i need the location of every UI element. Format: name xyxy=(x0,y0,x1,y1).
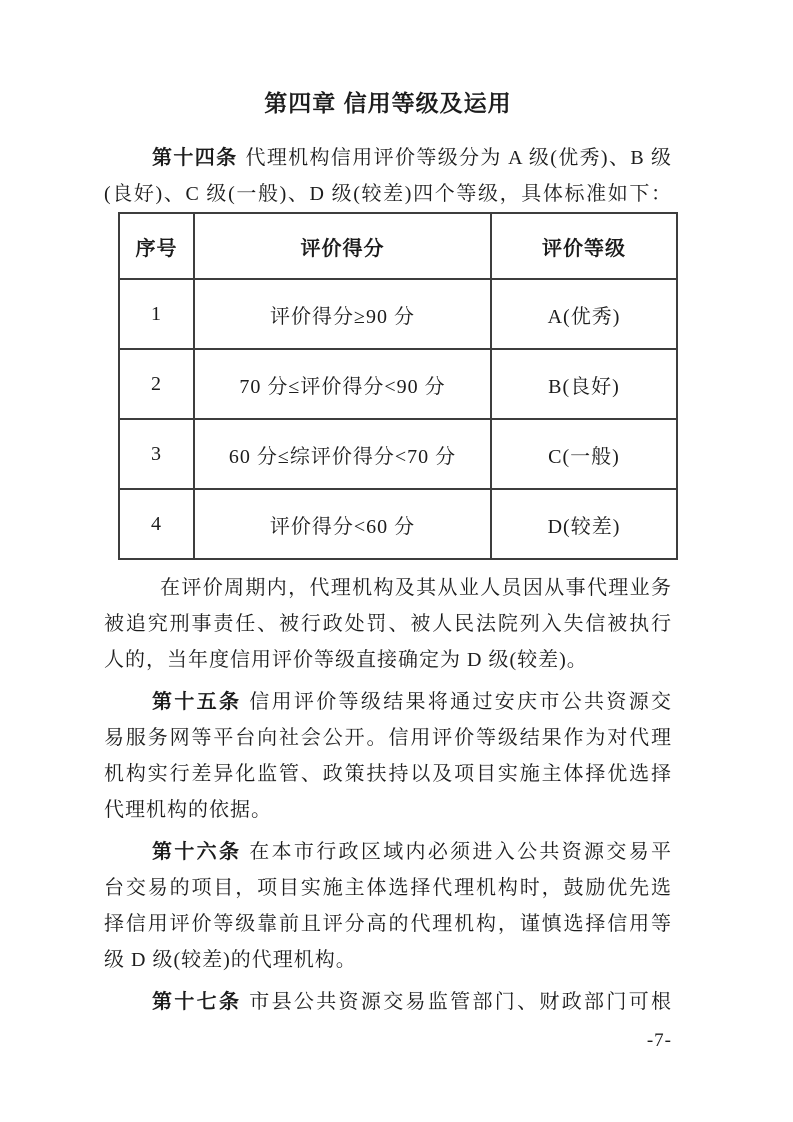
paragraph-line: 代理机构的依据。 xyxy=(104,792,672,828)
table-row: 4 评价得分<60 分 D(较差) xyxy=(119,489,677,559)
paragraph-article-17: 第十七条市县公共资源交易监管部门、财政部门可根 xyxy=(104,984,672,1020)
paragraph-text: 在本市行政区域内必须进入公共资源交易平 xyxy=(249,841,672,863)
header-cell-score: 评价得分 xyxy=(194,213,491,279)
paragraph-line: 机构实行差异化监管、政策扶持以及项目实施主体择优选择 xyxy=(104,756,672,792)
table-row: 2 70 分≤评价得分<90 分 B(良好) xyxy=(119,349,677,419)
table-header-row: 序号 评价得分 评价等级 xyxy=(119,213,677,279)
paragraph-line: (良好)、C 级(一般)、D 级(较差)四个等级，具体标准如下： xyxy=(104,176,672,212)
cell-grade: B(良好) xyxy=(491,349,677,419)
paragraph-article-16: 第十六条在本市行政区域内必须进入公共资源交易平 台交易的项目，项目实施主体选择代… xyxy=(104,834,672,978)
page-number: -7- xyxy=(647,1030,672,1052)
paragraph-line: 在评价周期内，代理机构及其从业人员因从事代理业务 xyxy=(104,570,672,606)
paragraph-note: 在评价周期内，代理机构及其从业人员因从事代理业务 被追究刑事责任、被行政处罚、被… xyxy=(104,570,672,678)
table-row: 1 评价得分≥90 分 A(优秀) xyxy=(119,279,677,349)
document-page: 第四章 信用等级及运用 第十四条代理机构信用评价等级分为 A 级(优秀)、B 级… xyxy=(0,0,793,1122)
paragraph-text: 代理机构信用评价等级分为 A 级(优秀)、B 级 xyxy=(245,147,672,169)
paragraph-text: 市县公共资源交易监管部门、财政部门可根 xyxy=(249,991,672,1013)
article-number: 第十四条 xyxy=(152,147,237,169)
article-number: 第十五条 xyxy=(152,691,241,713)
paragraph-line: 第十六条在本市行政区域内必须进入公共资源交易平 xyxy=(104,834,672,870)
cell-no: 3 xyxy=(119,419,194,489)
cell-score: 评价得分<60 分 xyxy=(194,489,491,559)
paragraph-article-14: 第十四条代理机构信用评价等级分为 A 级(优秀)、B 级 (良好)、C 级(一般… xyxy=(104,140,672,212)
cell-score: 60 分≤综评价得分<70 分 xyxy=(194,419,491,489)
paragraph-line: 人的，当年度信用评价等级直接确定为 D 级(较差)。 xyxy=(104,642,672,678)
paragraph-line: 第十七条市县公共资源交易监管部门、财政部门可根 xyxy=(104,984,672,1020)
paragraph-line: 第十四条代理机构信用评价等级分为 A 级(优秀)、B 级 xyxy=(104,140,672,176)
document-body: 第四章 信用等级及运用 第十四条代理机构信用评价等级分为 A 级(优秀)、B 级… xyxy=(104,88,672,1020)
article-number: 第十六条 xyxy=(152,841,241,863)
cell-no: 4 xyxy=(119,489,194,559)
paragraph-line: 台交易的项目，项目实施主体选择代理机构时，鼓励优先选 xyxy=(104,870,672,906)
cell-grade: D(较差) xyxy=(491,489,677,559)
paragraph-line: 第十五条信用评价等级结果将通过安庆市公共资源交 xyxy=(104,684,672,720)
cell-grade: A(优秀) xyxy=(491,279,677,349)
paragraph-text: 信用评价等级结果将通过安庆市公共资源交 xyxy=(249,691,672,713)
cell-no: 1 xyxy=(119,279,194,349)
paragraph-article-15: 第十五条信用评价等级结果将通过安庆市公共资源交 易服务网等平台向社会公开。信用评… xyxy=(104,684,672,828)
chapter-title: 第四章 信用等级及运用 xyxy=(104,88,672,118)
paragraph-line: 级 D 级(较差)的代理机构。 xyxy=(104,942,672,978)
header-cell-no: 序号 xyxy=(119,213,194,279)
table-row: 3 60 分≤综评价得分<70 分 C(一般) xyxy=(119,419,677,489)
cell-score: 70 分≤评价得分<90 分 xyxy=(194,349,491,419)
cell-score: 评价得分≥90 分 xyxy=(194,279,491,349)
paragraph-line: 易服务网等平台向社会公开。信用评价等级结果作为对代理 xyxy=(104,720,672,756)
credit-grade-table: 序号 评价得分 评价等级 1 评价得分≥90 分 A(优秀) 2 70 分≤评价… xyxy=(118,212,678,560)
cell-no: 2 xyxy=(119,349,194,419)
header-cell-grade: 评价等级 xyxy=(491,213,677,279)
paragraph-line: 择信用评价等级靠前且评分高的代理机构，谨慎选择信用等 xyxy=(104,906,672,942)
cell-grade: C(一般) xyxy=(491,419,677,489)
article-number: 第十七条 xyxy=(152,991,241,1013)
paragraph-line: 被追究刑事责任、被行政处罚、被人民法院列入失信被执行 xyxy=(104,606,672,642)
